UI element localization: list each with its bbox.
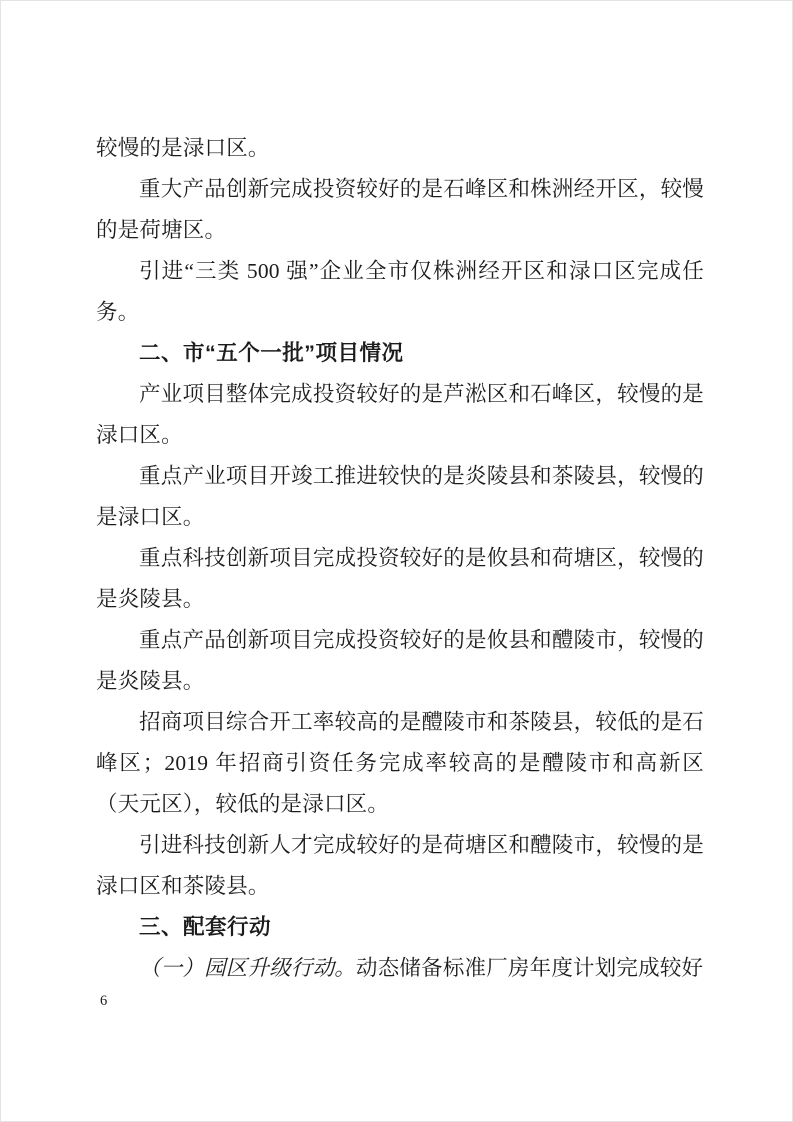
paragraph: 引进“三类 500 强”企业全市仅株洲经开区和渌口区完成任务。 [96,251,704,333]
paragraph: 重点科技创新项目完成投资较好的是攸县和荷塘区，较慢的是炎陵县。 [96,538,704,620]
document-body: 较慢的是渌口区。 重大产品创新完成投资较好的是石峰区和株洲经开区，较慢的是荷塘区… [96,128,704,989]
paragraph-subsection-lead: （一）园区升级行动。动态储备标准厂房年度计划完成较好 [96,948,704,989]
section-heading-3: 三、配套行动 [96,907,704,948]
subsection-title-run: （一）园区升级行动。 [139,956,356,980]
paragraph: 招商项目综合开工率较高的是醴陵市和茶陵县，较低的是石峰区；2019 年招商引资任… [96,702,704,825]
subsection-body-run: 动态储备标准厂房年度计划完成较好 [356,956,703,980]
paragraph-continuation: 较慢的是渌口区。 [96,128,704,169]
paragraph: 重大产品创新完成投资较好的是石峰区和株洲经开区，较慢的是荷塘区。 [96,169,704,251]
paragraph: 重点产品创新项目完成投资较好的是攸县和醴陵市，较慢的是炎陵县。 [96,620,704,702]
paragraph: 引进科技创新人才完成较好的是荷塘区和醴陵市，较慢的是渌口区和茶陵县。 [96,825,704,907]
paragraph: 重点产业项目开竣工推进较快的是炎陵县和茶陵县，较慢的是渌口区。 [96,456,704,538]
page-number: 6 [100,992,107,1010]
section-heading-2: 二、市“五个一批”项目情况 [96,333,704,374]
paragraph: 产业项目整体完成投资较好的是芦淞区和石峰区，较慢的是渌口区。 [96,374,704,456]
document-page: 较慢的是渌口区。 重大产品创新完成投资较好的是石峰区和株洲经开区，较慢的是荷塘区… [0,0,793,1122]
